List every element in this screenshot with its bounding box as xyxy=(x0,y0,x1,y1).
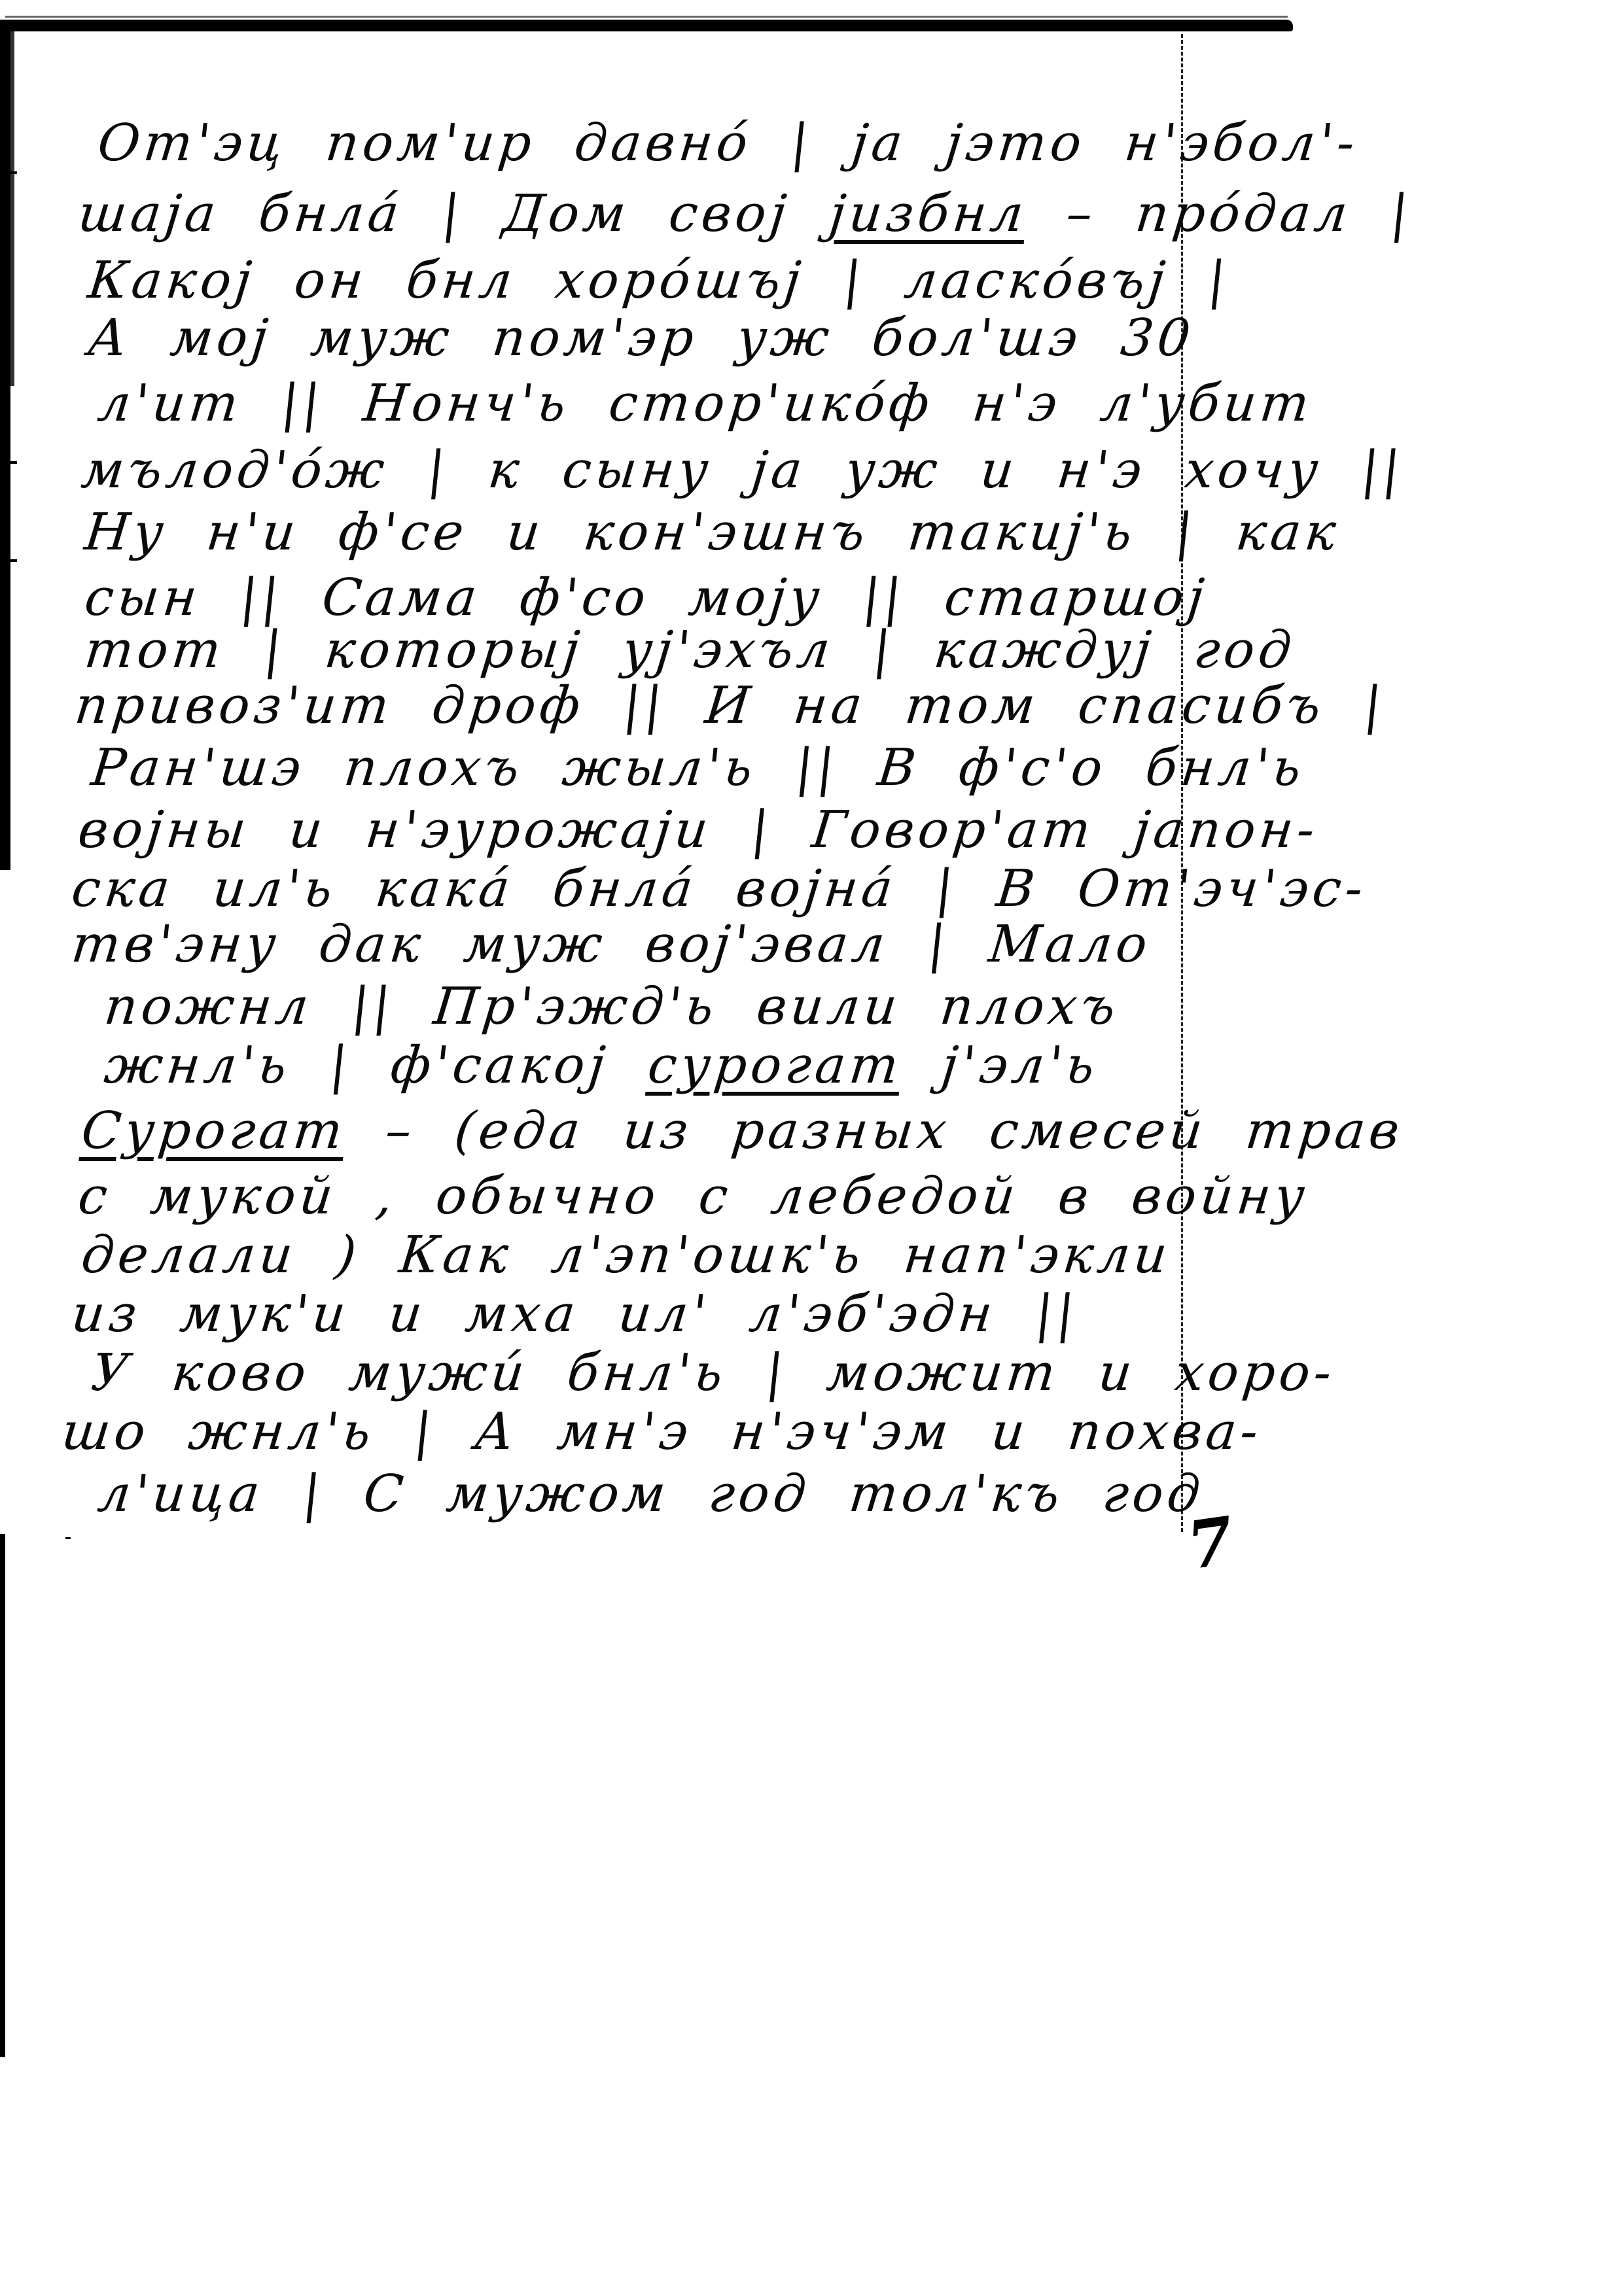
text-line: мълод'о́ж | к сыну ја уж и н'э хочу || xyxy=(79,445,1406,496)
scan-left-tick xyxy=(8,461,17,464)
underlined-word: јизбнл xyxy=(826,184,1030,243)
text-segment: мълод'о́ж | к сыну ја уж и н'э хочу || xyxy=(79,441,1407,500)
text-segment: Ну н'и ф'се и кон'эшнъ такиј'ь | как xyxy=(82,503,1343,562)
text-line: привоз'ит дроф || И на том спасибъ | xyxy=(73,680,1388,731)
text-segment: л'ит || Нонч'ь стор'ико́ф н'э л'убит xyxy=(95,374,1316,433)
text-line: Какој он бнл хоро́шъј | ласко́въј | xyxy=(86,255,1232,306)
underlined-word: сурогат xyxy=(645,1036,905,1095)
text-line: тот | которыј уј'эхъл | каждуј год xyxy=(82,625,1298,676)
text-segment: – (еда из разных смесей трав xyxy=(343,1102,1406,1160)
text-line: сын || Сама ф'со моју || старшој xyxy=(82,572,1210,623)
text-line: У ково мужи́ бнл'ь | можит и хоро- xyxy=(89,1348,1338,1399)
text-segment: привоз'ит дроф || И на том спасибъ | xyxy=(72,676,1388,735)
text-segment: пожнл || Пр'эжд'ь вили плохъ xyxy=(101,977,1122,1036)
text-segment: шо жнл'ь | А мн'э н'эч'эм и похва- xyxy=(59,1402,1265,1461)
text-segment: А мој муж пом'эр уж бол'шэ 30 xyxy=(85,309,1197,368)
text-segment: От'эц пом'ир давно́ | ја јэто н'эбол'- xyxy=(95,114,1361,173)
text-segment: с мукой , обычно с лебедой в войну xyxy=(75,1167,1311,1226)
text-segment: тот | которыј уј'эхъл | каждуј год xyxy=(82,621,1298,680)
text-line: пожнл || Пр'эжд'ь вили плохъ xyxy=(102,981,1121,1032)
text-line: ска ил'ь кака́ бнла́ војна́ | В От'эч'эс… xyxy=(69,863,1369,914)
scan-top-edge-bar xyxy=(5,20,1293,31)
text-line: Сурогат – (еда из разных смесей трав xyxy=(79,1105,1405,1157)
text-segment: војны и н'эурожаји | Говор'ат јапон- xyxy=(75,801,1321,860)
text-segment: ј'эл'ь xyxy=(899,1036,1101,1095)
scan-left-edge-shadow xyxy=(10,20,14,386)
scan-left-edge-lower xyxy=(0,1534,5,2057)
text-segment: жнл'ь | ф'сакој xyxy=(101,1036,651,1095)
text-segment: Какој он бнл хоро́шъј | ласко́въј | xyxy=(85,251,1232,310)
text-line: делали ) Как л'эп'ошк'ь нап'экли xyxy=(79,1230,1173,1281)
text-segment: – про́дал | xyxy=(1024,184,1415,243)
text-line: жнл'ь | ф'сакој сурогат ј'эл'ь xyxy=(102,1040,1101,1091)
scan-top-edge-thin xyxy=(5,16,1288,18)
text-segment: У ково мужи́ бнл'ь | можит и хоро- xyxy=(88,1344,1338,1402)
scanned-page: От'эц пом'ир давно́ | ја јэто н'эбол'- ш… xyxy=(0,0,1607,2296)
text-line: војны и н'эурожаји | Говор'ат јапон- xyxy=(76,805,1321,856)
text-line: Ран'шэ плохъ жыл'ь || В ф'с'о бнл'ь xyxy=(89,742,1307,793)
text-line: из мук'и и мха ил' л'эб'эдн || xyxy=(69,1289,1081,1340)
text-line: л'ица | С мужом год тол'къ год xyxy=(96,1469,1207,1520)
text-segment: делали ) Как л'эп'ошк'ь нап'экли xyxy=(79,1226,1174,1285)
text-line: Ну н'и ф'се и кон'эшнъ такиј'ь | как xyxy=(82,507,1342,558)
text-line: шаја бнла́ | Дом свој јизбнл – про́дал | xyxy=(76,188,1415,239)
text-line: с мукой , обычно с лебедой в войну xyxy=(76,1171,1311,1222)
text-segment: ска ил'ь кака́ бнла́ војна́ | В От'эч'эс… xyxy=(69,860,1369,918)
text-segment: л'ица | С мужом год тол'къ год xyxy=(95,1465,1207,1523)
text-segment: тв'эну дак муж вој'эвал | Мало xyxy=(69,915,1154,974)
scan-left-tick xyxy=(8,559,17,562)
text-line: тв'эну дак муж вој'эвал | Мало xyxy=(69,919,1154,970)
text-segment: из мук'и и мха ил' л'эб'эдн || xyxy=(69,1285,1081,1344)
scan-left-edge-upper xyxy=(0,20,10,870)
text-line: От'эц пом'ир давно́ | ја јэто н'эбол'- xyxy=(96,118,1361,169)
scan-speck xyxy=(65,1537,71,1539)
page-number: 7 xyxy=(1182,1502,1238,1585)
text-line: А мој муж пом'эр уж бол'шэ 30 xyxy=(86,313,1197,364)
text-line: л'ит || Нонч'ь стор'ико́ф н'э л'убит xyxy=(96,378,1315,429)
text-segment: сын || Сама ф'со моју || старшој xyxy=(82,568,1210,627)
text-line: шо жнл'ь | А мн'э н'эч'эм и похва- xyxy=(60,1406,1264,1457)
underlined-word: Сурогат xyxy=(79,1102,349,1160)
scan-left-tick xyxy=(8,171,17,174)
text-segment: Ран'шэ плохъ жыл'ь || В ф'с'о бнл'ь xyxy=(88,739,1307,797)
text-segment: шаја бнла́ | Дом свој xyxy=(75,184,832,243)
